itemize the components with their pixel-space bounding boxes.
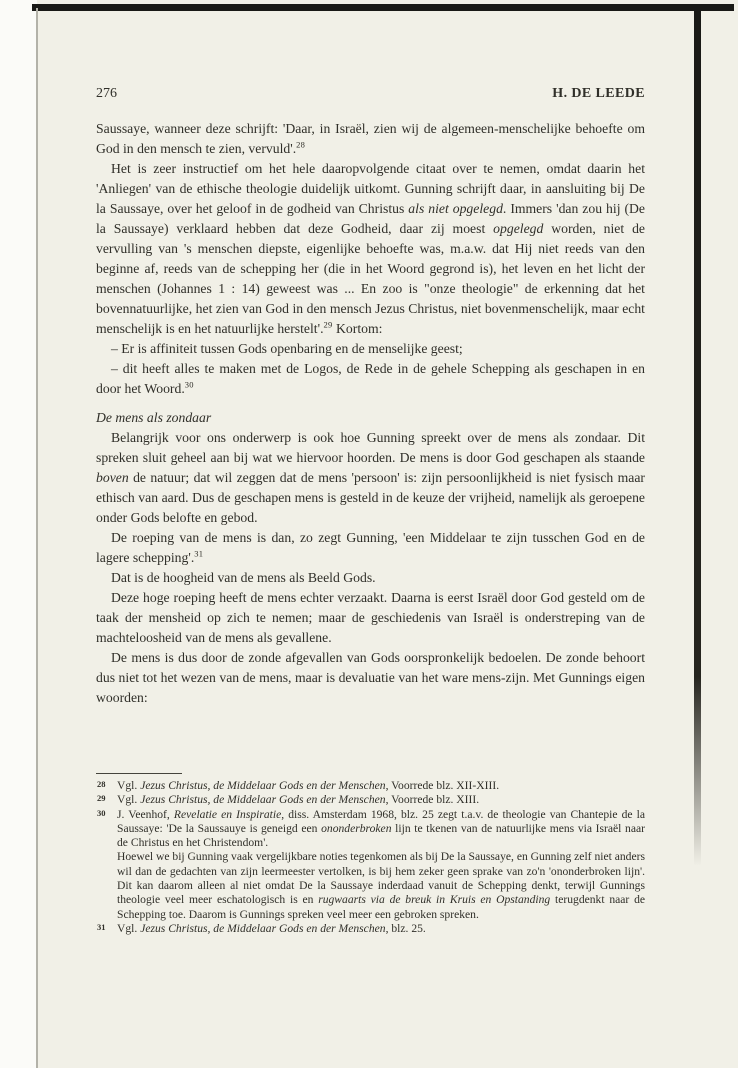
text-run: Vgl. bbox=[117, 779, 140, 792]
paragraph: De roeping van de mens is dan, zo zegt G… bbox=[96, 528, 645, 568]
footnotes-section: 28Vgl. Jezus Christus, de Middelaar Gods… bbox=[96, 773, 645, 936]
scanned-page-canvas: 276 H. DE LEEDE Saussaye, wanneer deze s… bbox=[0, 0, 738, 1068]
text-run: , Voorrede blz. XIII. bbox=[386, 793, 480, 806]
footnote: 31Vgl. Jezus Christus, de Middelaar Gods… bbox=[96, 922, 645, 936]
section-heading: De mens als zondaar bbox=[96, 408, 645, 428]
footnote: 29Vgl. Jezus Christus, de Middelaar Gods… bbox=[96, 793, 645, 807]
scan-edge-left bbox=[36, 8, 38, 1068]
paragraph: Dat is de hoogheid van de mens als Beeld… bbox=[96, 568, 645, 588]
footnote-number: 28 bbox=[97, 777, 106, 791]
text-run: Saussaye, wanneer deze schrijft: 'Daar, … bbox=[96, 121, 645, 156]
text-run: Kortom: bbox=[333, 321, 383, 336]
footnote-number: 29 bbox=[97, 791, 106, 805]
footnote-reference: 30 bbox=[185, 379, 194, 389]
italic-text: De mens als zondaar bbox=[96, 410, 211, 425]
text-run: De roeping van de mens is dan, zo zegt G… bbox=[96, 530, 645, 565]
paragraph: Deze hoge roeping heeft de mens echter v… bbox=[96, 588, 645, 648]
page-content: 276 H. DE LEEDE Saussaye, wanneer deze s… bbox=[96, 86, 645, 708]
body-text: Saussaye, wanneer deze schrijft: 'Daar, … bbox=[96, 119, 645, 708]
footnote-number: 31 bbox=[97, 920, 106, 934]
page-number: 276 bbox=[96, 86, 117, 102]
paragraph: De mens is dus door de zonde afgevallen … bbox=[96, 648, 645, 708]
page-header: 276 H. DE LEEDE bbox=[96, 86, 645, 102]
text-run: Vgl. bbox=[117, 793, 140, 806]
text-run: de natuur; dat wil zeggen dat de mens 'p… bbox=[96, 470, 645, 525]
text-run: , blz. 25. bbox=[386, 922, 426, 935]
italic-text: opgelegd bbox=[493, 221, 543, 236]
italic-text: Jezus Christus, de Middelaar Gods en der… bbox=[140, 922, 385, 935]
footnote: 30J. Veenhof, Revelatie en Inspiratie, d… bbox=[96, 808, 645, 851]
text-run: , Voorrede blz. XII-XIII. bbox=[386, 779, 500, 792]
scan-border-right bbox=[694, 4, 701, 866]
scan-border-top bbox=[32, 4, 734, 11]
footnote-reference: 31 bbox=[194, 548, 203, 558]
footnotes: 28Vgl. Jezus Christus, de Middelaar Gods… bbox=[96, 779, 645, 936]
text-run: Deze hoge roeping heeft de mens echter v… bbox=[96, 590, 645, 645]
text-run: Vgl. bbox=[117, 922, 140, 935]
italic-text: Jezus Christus, de Middelaar Gods en der… bbox=[140, 779, 385, 792]
paragraph: – dit heeft alles te maken met de Logos,… bbox=[96, 359, 645, 399]
text-run: J. Veenhof, bbox=[117, 808, 174, 821]
running-head: H. DE LEEDE bbox=[552, 86, 645, 102]
footnote-reference: 29 bbox=[324, 319, 333, 329]
footnote: Hoewel we bij Gunning vaak vergelijkbare… bbox=[96, 850, 645, 921]
text-run: Belangrijk voor ons onderwerp is ook hoe… bbox=[96, 430, 645, 465]
footnote-reference: 28 bbox=[296, 139, 305, 149]
italic-text: rugwaarts via de breuk in Kruis en Opsta… bbox=[318, 893, 550, 906]
paragraph: Saussaye, wanneer deze schrijft: 'Daar, … bbox=[96, 119, 645, 159]
paragraph: Belangrijk voor ons onderwerp is ook hoe… bbox=[96, 428, 645, 528]
text-run: worden, niet de vervulling van 's mensch… bbox=[96, 221, 645, 336]
paragraph: Het is zeer instructief om het hele daar… bbox=[96, 159, 645, 339]
paragraph: – Er is affiniteit tussen Gods openbarin… bbox=[96, 339, 645, 359]
text-run: – Er is affiniteit tussen Gods openbarin… bbox=[111, 341, 463, 356]
italic-text: Revelatie en Inspiratie bbox=[174, 808, 281, 821]
footnote: 28Vgl. Jezus Christus, de Middelaar Gods… bbox=[96, 779, 645, 793]
italic-text: Jezus Christus, de Middelaar Gods en der… bbox=[140, 793, 385, 806]
text-run: Dat is de hoogheid van de mens als Beeld… bbox=[111, 570, 376, 585]
text-run: – dit heeft alles te maken met de Logos,… bbox=[96, 361, 645, 396]
text-run: De mens is dus door de zonde afgevallen … bbox=[96, 650, 645, 705]
italic-text: ononderbroken bbox=[321, 822, 391, 835]
italic-text: boven bbox=[96, 470, 129, 485]
italic-text: als niet opgelegd bbox=[408, 201, 503, 216]
footnote-separator bbox=[96, 773, 182, 774]
footnote-number: 30 bbox=[97, 806, 106, 820]
